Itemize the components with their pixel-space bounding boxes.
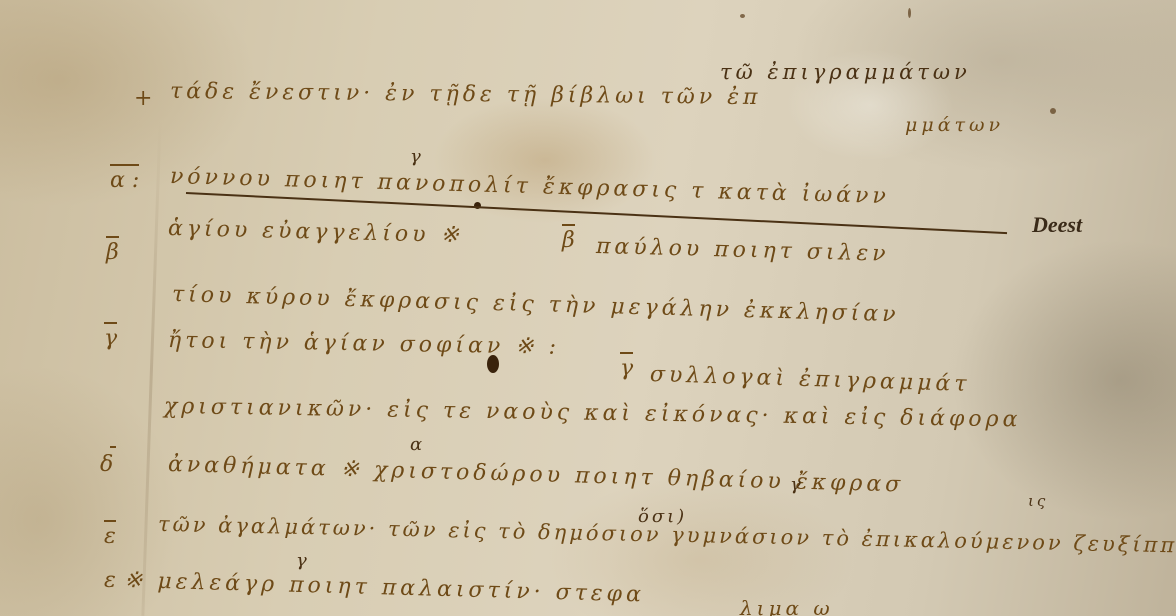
entry-6-superscript-g: γ [790,474,804,495]
entry-8-text: ※ μελεάγρ ποιητ παλαιστίν· στεφα [124,568,646,608]
entry-numeral-beta: β [106,240,119,265]
entry-8-superscript: γ [296,550,310,571]
entry-numeral-gamma: γ [104,326,117,351]
entry-4-text: ἤτοι τὴν ἁγίαν σοφίαν ※ : [168,328,561,360]
ink-speck [740,14,745,18]
entry-7-interlinear: ὅσι) [638,506,687,527]
entry-numeral-epsilon-2: ε [104,568,116,593]
margin-note-deest: Deest [1032,212,1082,238]
entry-numeral-alpha: α : [110,168,139,193]
heading-superscript: τῶ ἐπιγραμμάτων [720,60,971,84]
entry-numeral-beta-inline: β [562,228,575,253]
ink-speck [908,8,911,18]
entry-2-text: ἁγίου εὐαγγελίου ※ [168,216,464,248]
entry-1-superscript: γ [410,146,424,167]
entry-numeral-delta: δ [100,452,113,477]
entry-5-text: χριστιανικῶν· εἰς τε ναοὺς καὶ εἰκόνας· … [164,394,1022,432]
manuscript-page: + τάδε ἔνεστιν· ἐν τῇδε τῇ βίβλωι τῶν ἐπ… [0,0,1176,616]
entry-6-superscript-is: ις [1028,492,1048,510]
entry-4-second-text: συλλογαὶ ἐπιγραμμάτ [650,362,971,397]
heading-cross: + [134,86,156,111]
parchment-fold [141,120,161,616]
entry-1-text: νόννου ποιητ πανοπολίτ ἔκφρασις τ κατὰ ἰ… [170,164,890,209]
ink-speck [1050,108,1056,114]
entry-numeral-epsilon: ε [104,524,116,549]
entry-2-second-text: παύλου ποιητ σιλεν [596,234,890,267]
heading-line: τάδε ἔνεστιν· ἐν τῇδε τῇ βίβλωι τῶν ἐπ [170,79,762,110]
entry-8-trailing: λιμα ω [740,596,834,616]
heading-continuation: μμάτων [905,114,1004,136]
entry-numeral-gamma-inline: γ [620,356,633,381]
entry-6-superscript-a: α [410,434,425,455]
entry-3-text: τίου κύρου ἔκφρασις εἰς τὴν μεγάλην ἐκκλ… [172,282,900,327]
